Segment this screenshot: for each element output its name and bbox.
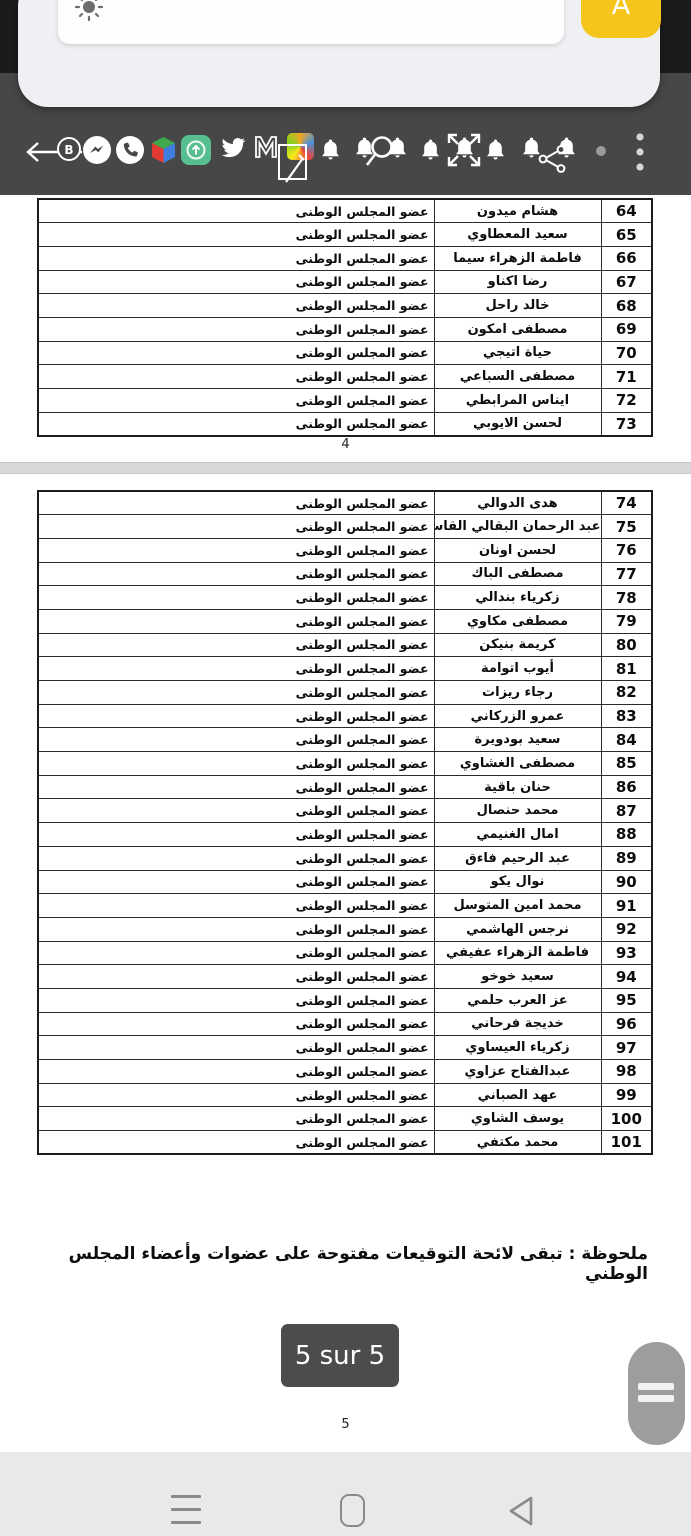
member-number: 79 (601, 609, 652, 633)
member-number: 65 (601, 223, 652, 247)
member-role: عضو المجلس الوطنى (38, 1036, 434, 1060)
member-name: سعيد خوخو (434, 965, 601, 989)
member-number: 66 (601, 246, 652, 270)
member-name: عبد الرحيم فاءق (434, 846, 601, 870)
share-icon[interactable] (536, 143, 568, 179)
member-number: 91 (601, 894, 652, 918)
table-row: 66فاطمة الزهراء سيماعضو المجلس الوطنى (38, 246, 652, 270)
member-number: 84 (601, 728, 652, 752)
member-name: مصطفى مكاوي (434, 609, 601, 633)
member-role: عضو المجلس الوطنى (38, 562, 434, 586)
bell-icon (485, 138, 506, 166)
member-name: نرجس الهاشمي (434, 917, 601, 941)
member-role: عضو المجلس الوطنى (38, 657, 434, 681)
member-name: عمرو الزركاني (434, 704, 601, 728)
member-role: عضو المجلس الوطنى (38, 199, 434, 223)
member-role: عضو المجلس الوطنى (38, 752, 434, 776)
table-row: 70حياة اتيجيعضو المجلس الوطنى (38, 341, 652, 365)
member-name: يوسف الشاوي (434, 1107, 601, 1131)
member-number: 85 (601, 752, 652, 776)
table-row: 83عمرو الزركانيعضو المجلس الوطنى (38, 704, 652, 728)
member-name: لحسن الايوبي (434, 412, 601, 436)
member-name: مصطفى الباك (434, 562, 601, 586)
member-name: خالد راحل (434, 294, 601, 318)
table-row: 90نوال يكوعضو المجلس الوطنى (38, 870, 652, 894)
phone-icon[interactable] (116, 136, 144, 168)
member-number: 90 (601, 870, 652, 894)
member-role: عضو المجلس الوطنى (38, 412, 434, 436)
member-role: عضو المجلس الوطنى (38, 294, 434, 318)
member-number: 87 (601, 799, 652, 823)
member-name: أيوب اتوامة (434, 657, 601, 681)
member-number: 67 (601, 270, 652, 294)
member-role: عضو المجلس الوطنى (38, 799, 434, 823)
document-note: ملحوظة : تبقى لائحة التوقيعات مفتوحة على… (0, 1244, 648, 1284)
members-table-page5: 74هدى الدواليعضو المجلس الوطنى75عبد الرح… (37, 490, 653, 1155)
member-number: 71 (601, 365, 652, 389)
cube-icon[interactable] (150, 136, 177, 168)
member-role: عضو المجلس الوطنى (38, 917, 434, 941)
member-number: 93 (601, 941, 652, 965)
member-name: محمد امين المتوسل (434, 894, 601, 918)
table-row: 72ايناس المرابطيعضو المجلس الوطنى (38, 389, 652, 413)
table-row: 64هشام ميدونعضو المجلس الوطنى (38, 199, 652, 223)
member-number: 100 (601, 1107, 652, 1131)
member-name: مصطفى السباعي (434, 365, 601, 389)
member-role: عضو المجلس الوطنى (38, 341, 434, 365)
bell-icon (320, 138, 341, 166)
member-name: عبدالفتاح عزاوي (434, 1060, 601, 1084)
member-number: 92 (601, 917, 652, 941)
member-role: عضو المجلس الوطنى (38, 389, 434, 413)
page-separator (0, 462, 691, 474)
member-role: عضو المجلس الوطنى (38, 538, 434, 562)
table-row: 78زكرياء بنداليعضو المجلس الوطنى (38, 586, 652, 610)
table-row: 94سعيد خوخوعضو المجلس الوطنى (38, 965, 652, 989)
page-footer-number: 5 (0, 1417, 691, 1432)
member-role: عضو المجلس الوطنى (38, 775, 434, 799)
member-number: 95 (601, 988, 652, 1012)
table-row: 88امال الغنيميعضو المجلس الوطنى (38, 823, 652, 847)
page-indicator-toast: 5 sur 5 (281, 1324, 399, 1387)
member-role: عضو المجلس الوطنى (38, 223, 434, 247)
member-role: عضو المجلس الوطنى (38, 823, 434, 847)
member-number: 73 (601, 412, 652, 436)
overflow-menu-icon[interactable] (634, 131, 646, 177)
sun-icon (74, 0, 104, 26)
status-dot (596, 146, 606, 156)
member-number: 88 (601, 823, 652, 847)
member-name: عز العرب حلمي (434, 988, 601, 1012)
svg-text:B: B (64, 143, 73, 157)
table-row: 80كريمة بنيكنعضو المجلس الوطنى (38, 633, 652, 657)
member-name: عهد الصباني (434, 1083, 601, 1107)
address-bar[interactable] (58, 0, 564, 44)
scrollbar-line (638, 1395, 674, 1402)
member-role: عضو المجلس الوطنى (38, 870, 434, 894)
member-name: حياة اتيجي (434, 341, 601, 365)
member-name: ايناس المرابطي (434, 389, 601, 413)
phone-screen: A B (0, 0, 691, 1536)
bell-icon (454, 136, 475, 164)
member-name: رجاء ريزات (434, 681, 601, 705)
messenger-icon[interactable] (83, 136, 111, 168)
member-name: محمد حنصال (434, 799, 601, 823)
member-role: عضو المجلس الوطنى (38, 965, 434, 989)
member-name: هدى الدوالي (434, 491, 601, 515)
member-number: 70 (601, 341, 652, 365)
member-role: عضو المجلس الوطنى (38, 246, 434, 270)
member-number: 97 (601, 1036, 652, 1060)
member-number: 96 (601, 1012, 652, 1036)
table-row: 84سعيد بودويرةعضو المجلس الوطنى (38, 728, 652, 752)
member-role: عضو المجلس الوطنى (38, 633, 434, 657)
member-number: 72 (601, 389, 652, 413)
member-number: 82 (601, 681, 652, 705)
member-role: عضو المجلس الوطنى (38, 365, 434, 389)
member-number: 86 (601, 775, 652, 799)
member-number: 69 (601, 317, 652, 341)
members-table-page4: 64هشام ميدونعضو المجلس الوطنى65سعيد المع… (37, 198, 653, 437)
member-name: فاطمة الزهراء سيما (434, 246, 601, 270)
member-name: زكرياء بندالي (434, 586, 601, 610)
member-number: 89 (601, 846, 652, 870)
table-row: 77مصطفى الباكعضو المجلس الوطنى (38, 562, 652, 586)
member-name: عبد الرحمان البقالي القاسمي (434, 515, 601, 539)
page-footer-number: 4 (0, 437, 691, 452)
member-name: زكرياء العيساوي (434, 1036, 601, 1060)
member-number: 77 (601, 562, 652, 586)
table-row: 65سعيد المعطاويعضو المجلس الوطنى (38, 223, 652, 247)
member-role: عضو المجلس الوطنى (38, 681, 434, 705)
scrollbar-line (638, 1383, 674, 1390)
member-role: عضو المجلس الوطنى (38, 846, 434, 870)
member-role: عضو المجلس الوطنى (38, 988, 434, 1012)
member-role: عضو المجلس الوطنى (38, 941, 434, 965)
member-role: عضو المجلس الوطنى (38, 515, 434, 539)
member-name: سعيد المعطاوي (434, 223, 601, 247)
member-name: مصطفى الغشاوي (434, 752, 601, 776)
member-role: عضو المجلس الوطنى (38, 1012, 434, 1036)
screen-record-icon[interactable] (181, 135, 211, 169)
member-name: سعيد بودويرة (434, 728, 601, 752)
table-row: 92نرجس الهاشميعضو المجلس الوطنى (38, 917, 652, 941)
member-number: 101 (601, 1131, 652, 1155)
member-name: خديجة فرحاني (434, 1012, 601, 1036)
member-role: عضو المجلس الوطنى (38, 1131, 434, 1155)
table-row: 73لحسن الايوبيعضو المجلس الوطنى (38, 412, 652, 436)
member-name: فاطمة الزهراء عفيفي (434, 941, 601, 965)
home-button[interactable] (340, 1494, 365, 1527)
table-row: 98عبدالفتاح عزاويعضو المجلس الوطنى (38, 1060, 652, 1084)
reader-mode-button[interactable]: A (581, 0, 661, 38)
android-back-button[interactable] (506, 1494, 536, 1532)
table-row: 96خديجة فرحانيعضو المجلس الوطنى (38, 1012, 652, 1036)
table-row: 74هدى الدواليعضو المجلس الوطنى (38, 491, 652, 515)
table-row: 75عبد الرحمان البقالي القاسميعضو المجلس … (38, 515, 652, 539)
member-role: عضو المجلس الوطنى (38, 704, 434, 728)
edit-icon[interactable] (276, 142, 310, 190)
member-name: نوال يكو (434, 870, 601, 894)
table-row: 100يوسف الشاويعضو المجلس الوطنى (38, 1107, 652, 1131)
table-row: 101محمد مكتفيعضو المجلس الوطنى (38, 1131, 652, 1155)
member-name: امال الغنيمي (434, 823, 601, 847)
table-row: 86حنان باقيةعضو المجلس الوطنى (38, 775, 652, 799)
member-number: 68 (601, 294, 652, 318)
member-number: 78 (601, 586, 652, 610)
bell-icon (420, 138, 441, 166)
member-name: لحسن اونان (434, 538, 601, 562)
member-role: عضو المجلس الوطنى (38, 1083, 434, 1107)
table-row: 91محمد امين المتوسلعضو المجلس الوطنى (38, 894, 652, 918)
member-name: حنان باقية (434, 775, 601, 799)
member-role: عضو المجلس الوطنى (38, 317, 434, 341)
omnibox-card: A (18, 0, 660, 107)
member-number: 76 (601, 538, 652, 562)
member-role: عضو المجلس الوطنى (38, 894, 434, 918)
table-row: 79مصطفى مكاويعضو المجلس الوطنى (38, 609, 652, 633)
table-row: 71مصطفى السباعيعضو المجلس الوطنى (38, 365, 652, 389)
member-role: عضو المجلس الوطنى (38, 609, 434, 633)
member-name: كريمة بنيكن (434, 633, 601, 657)
member-name: محمد مكتفي (434, 1131, 601, 1155)
member-role: عضو المجلس الوطنى (38, 270, 434, 294)
table-row: 76لحسن اونانعضو المجلس الوطنى (38, 538, 652, 562)
table-row: 89عبد الرحيم فاءقعضو المجلس الوطنى (38, 846, 652, 870)
member-number: 98 (601, 1060, 652, 1084)
member-name: رضا اكناو (434, 270, 601, 294)
member-number: 80 (601, 633, 652, 657)
table-row: 99عهد الصبانيعضو المجلس الوطنى (38, 1083, 652, 1107)
member-number: 99 (601, 1083, 652, 1107)
member-role: عضو المجلس الوطنى (38, 1060, 434, 1084)
table-row: 67رضا اكناوعضو المجلس الوطنى (38, 270, 652, 294)
table-row: 82رجاء ريزاتعضو المجلس الوطنى (38, 681, 652, 705)
table-row: 85مصطفى الغشاويعضو المجلس الوطنى (38, 752, 652, 776)
member-number: 81 (601, 657, 652, 681)
member-name: مصطفى امكون (434, 317, 601, 341)
recents-menu-button[interactable] (171, 1495, 201, 1525)
member-name: هشام ميدون (434, 199, 601, 223)
member-number: 64 (601, 199, 652, 223)
table-row: 68خالد راحلعضو المجلس الوطنى (38, 294, 652, 318)
member-role: عضو المجلس الوطنى (38, 728, 434, 752)
table-row: 95عز العرب حلميعضو المجلس الوطنى (38, 988, 652, 1012)
member-number: 74 (601, 491, 652, 515)
member-number: 94 (601, 965, 652, 989)
table-row: 69مصطفى امكونعضو المجلس الوطنى (38, 317, 652, 341)
table-row: 97زكرياء العيساويعضو المجلس الوطنى (38, 1036, 652, 1060)
member-role: عضو المجلس الوطنى (38, 491, 434, 515)
back-icon[interactable]: B (24, 130, 86, 176)
member-role: عضو المجلس الوطنى (38, 1107, 434, 1131)
member-number: 75 (601, 515, 652, 539)
member-number: 83 (601, 704, 652, 728)
twitter-icon[interactable] (218, 137, 246, 165)
table-row: 87محمد حنصالعضو المجلس الوطنى (38, 799, 652, 823)
table-row: 93فاطمة الزهراء عفيفيعضو المجلس الوطنى (38, 941, 652, 965)
bell-icon (387, 136, 408, 164)
scrollbar-handle[interactable] (628, 1342, 685, 1445)
member-role: عضو المجلس الوطنى (38, 586, 434, 610)
table-row: 81أيوب اتوامةعضو المجلس الوطنى (38, 657, 652, 681)
